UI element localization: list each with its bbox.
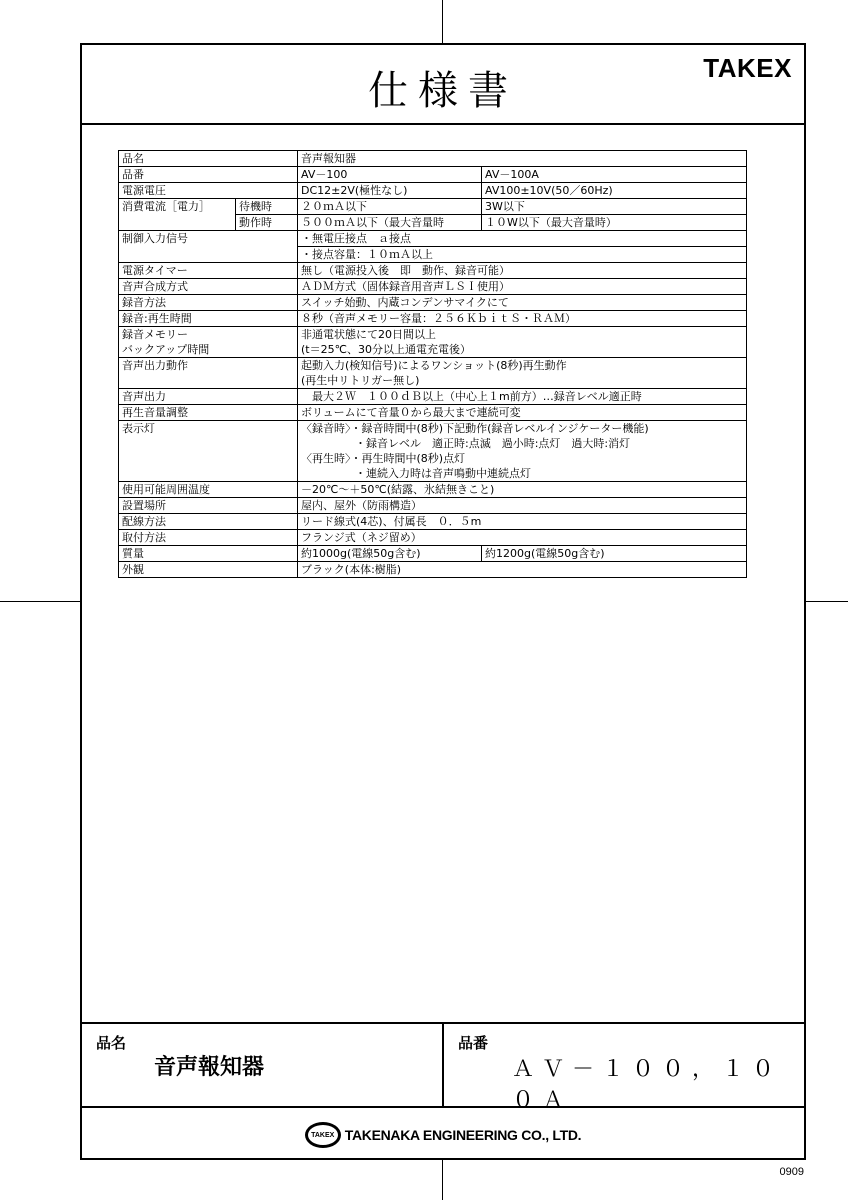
row-value-b: 3W以下 xyxy=(482,199,747,215)
row-label-line: バックアップ時間 xyxy=(119,342,298,358)
row-value: 最大２Ｗ １００ｄＢ以上（中心上１m前方）…録音レベル適正時 xyxy=(298,389,747,405)
table-row: 録音:再生時間 ８秒（音声メモリー容量：２５６ＫｂｉｔＳ・ＲＡＭ） xyxy=(119,311,747,327)
table-row: 配線方法 リード線式(4芯)、付属長 ０．５m xyxy=(119,514,747,530)
table-row: 取付方法 フランジ式（ネジ留め） xyxy=(119,530,747,546)
row-value-b: １０W以下（最大音量時） xyxy=(482,215,747,231)
row-value-line: 〈再生時〉・再生時間中(8秒)点灯 xyxy=(298,451,747,466)
document-number: 0909 xyxy=(780,1166,804,1178)
table-row: バックアップ時間 (t＝25℃、30分以上通電充電後） xyxy=(119,342,747,358)
document-header: 仕様書 TAKEX xyxy=(82,45,804,125)
row-value-b: AV100±10V(50／60Hz) xyxy=(482,183,747,199)
row-label: 録音方法 xyxy=(119,295,298,311)
product-name-cell: 品名 音声報知器 xyxy=(82,1024,444,1106)
table-row: 録音メモリー 非通電状態にて20日間以上 xyxy=(119,327,747,343)
product-number-label: 品番 xyxy=(458,1032,488,1053)
crop-mark-left xyxy=(0,601,80,602)
row-sublabel: 待機時 xyxy=(236,199,298,215)
row-label: 表示灯 xyxy=(119,421,298,482)
row-value-a: DC12±2V(極性なし) xyxy=(298,183,482,199)
table-row: 品番 AV－100 AV－100A xyxy=(119,167,747,183)
row-value-line: ・連続入力時は音声鳴動中連続点灯 xyxy=(298,466,747,482)
row-label-line: 録音メモリー xyxy=(119,327,298,343)
row-label: 配線方法 xyxy=(119,514,298,530)
table-row: 使用可能周囲温度 －20℃～＋50℃(結露、氷結無きこと) xyxy=(119,482,747,498)
table-row: 音声出力 最大２Ｗ １００ｄＢ以上（中心上１m前方）…録音レベル適正時 xyxy=(119,389,747,405)
row-value: 無し（電源投入後 即 動作、録音可能） xyxy=(298,263,747,279)
crop-mark-bottom xyxy=(442,1160,443,1200)
row-value: －20℃～＋50℃(結露、氷結無きこと) xyxy=(298,482,747,498)
row-value-line: (再生中リトリガー無し) xyxy=(298,373,747,389)
row-value: ＡＤＭ方式（固体録音用音声ＬＳＩ使用） xyxy=(298,279,747,295)
row-value: フランジ式（ネジ留め） xyxy=(298,530,747,546)
product-number: ＡＶ－１００，１００Ａ xyxy=(512,1052,804,1114)
row-value-line: 非通電状態にて20日間以上 xyxy=(298,327,747,343)
row-value: ８秒（音声メモリー容量：２５６ＫｂｉｔＳ・ＲＡＭ） xyxy=(298,311,747,327)
takex-logo-icon: TAKEX xyxy=(305,1122,341,1148)
table-row: 設置場所 屋内、屋外（防雨構造） xyxy=(119,498,747,514)
page-title: 仕様書 xyxy=(82,59,804,116)
product-number-cell: 品番 ＡＶ－１００，１００Ａ xyxy=(444,1024,804,1106)
row-value-b: AV－100A xyxy=(482,167,747,183)
row-value-line: 起動入力(検知信号)によるワンショット(8秒)再生動作 xyxy=(298,358,747,374)
footer-product-block: 品名 音声報知器 品番 ＡＶ－１００，１００Ａ xyxy=(82,1022,804,1106)
table-row: 制御入力信号 ・無電圧接点 ａ接点 xyxy=(119,231,747,247)
crop-mark-top xyxy=(442,0,443,43)
table-row: 音声合成方式 ＡＤＭ方式（固体録音用音声ＬＳＩ使用） xyxy=(119,279,747,295)
company-name: TAKENAKA ENGINEERING CO., LTD. xyxy=(345,1127,582,1143)
document-frame: 仕様書 TAKEX 品名 音声報知器 品番 AV－100 AV－100A 電源電… xyxy=(80,43,806,1160)
row-label: 外観 xyxy=(119,562,298,578)
row-label: 品名 xyxy=(119,151,298,167)
row-value-a: ２０ｍＡ以下 xyxy=(298,199,482,215)
row-value-a: ５００ｍＡ以下（最大音量時 xyxy=(298,215,482,231)
row-value: ブラック(本体:樹脂) xyxy=(298,562,747,578)
row-value-line: ・無電圧接点 ａ接点 xyxy=(298,231,747,247)
table-row: 質量 約1000g(電線50g含む) 約1200g(電線50g含む) xyxy=(119,546,747,562)
table-row: 外観 ブラック(本体:樹脂) xyxy=(119,562,747,578)
row-sublabel: 動作時 xyxy=(236,215,298,231)
table-row: 録音方法 スイッチ始動、内蔵コンデンサマイクにて xyxy=(119,295,747,311)
table-row: 表示灯 〈録音時〉・録音時間中(8秒)下記動作(録音レベルインジケーター機能) xyxy=(119,421,747,437)
row-value: スイッチ始動、内蔵コンデンサマイクにて xyxy=(298,295,747,311)
row-label: 音声合成方式 xyxy=(119,279,298,295)
spec-table: 品名 音声報知器 品番 AV－100 AV－100A 電源電圧 DC12±2V(… xyxy=(118,150,747,578)
row-label: 品番 xyxy=(119,167,298,183)
brand-logo: TAKEX xyxy=(703,53,792,84)
table-row: 再生音量調整 ボリュームにて音量０から最大まで連続可変 xyxy=(119,405,747,421)
row-value: ボリュームにて音量０から最大まで連続可変 xyxy=(298,405,747,421)
row-label: 音声出力動作 xyxy=(119,358,298,389)
table-row: 消費電流［電力］ 待機時 ２０ｍＡ以下 3W以下 xyxy=(119,199,747,215)
row-label: 録音:再生時間 xyxy=(119,311,298,327)
row-value-line: (t＝25℃、30分以上通電充電後） xyxy=(298,342,747,358)
table-row: 音声出力動作 起動入力(検知信号)によるワンショット(8秒)再生動作 xyxy=(119,358,747,374)
product-name: 音声報知器 xyxy=(154,1050,264,1081)
row-value-a: AV－100 xyxy=(298,167,482,183)
row-value-line: 〈録音時〉・録音時間中(8秒)下記動作(録音レベルインジケーター機能) xyxy=(298,421,747,437)
row-label: 質量 xyxy=(119,546,298,562)
product-name-label: 品名 xyxy=(96,1032,126,1053)
row-label: 再生音量調整 xyxy=(119,405,298,421)
footer-company-block: TAKEX TAKENAKA ENGINEERING CO., LTD. xyxy=(82,1106,804,1158)
table-row: 電源タイマー 無し（電源投入後 即 動作、録音可能） xyxy=(119,263,747,279)
row-label: 電源電圧 xyxy=(119,183,298,199)
row-value: 屋内、屋外（防雨構造） xyxy=(298,498,747,514)
table-row: 品名 音声報知器 xyxy=(119,151,747,167)
table-row: 電源電圧 DC12±2V(極性なし) AV100±10V(50／60Hz) xyxy=(119,183,747,199)
row-value-line: ・録音レベル 適正時:点滅 過小時:点灯 過大時:消灯 xyxy=(298,436,747,451)
row-label: 設置場所 xyxy=(119,498,298,514)
row-label: 使用可能周囲温度 xyxy=(119,482,298,498)
row-value-line: ・接点容量：１０ｍＡ以上 xyxy=(298,247,747,263)
row-label: 取付方法 xyxy=(119,530,298,546)
row-label: 音声出力 xyxy=(119,389,298,405)
row-label: 制御入力信号 xyxy=(119,231,298,263)
row-label: 消費電流［電力］ xyxy=(119,199,236,231)
row-value-b: 約1200g(電線50g含む) xyxy=(482,546,747,562)
row-value-a: 約1000g(電線50g含む) xyxy=(298,546,482,562)
row-value: 音声報知器 xyxy=(298,151,747,167)
crop-mark-right xyxy=(806,601,848,602)
row-value: リード線式(4芯)、付属長 ０．５m xyxy=(298,514,747,530)
row-label: 電源タイマー xyxy=(119,263,298,279)
